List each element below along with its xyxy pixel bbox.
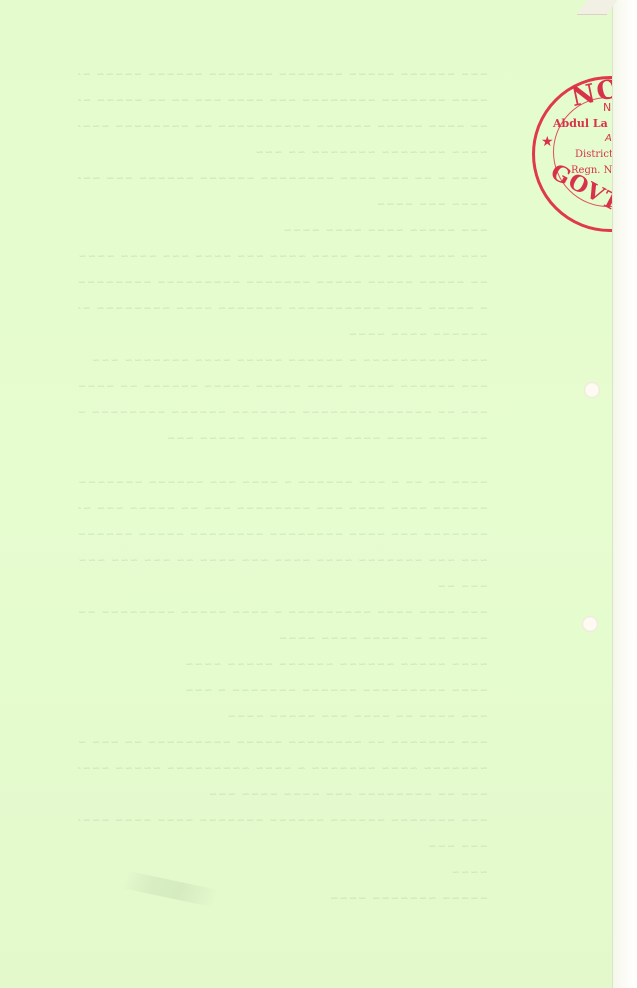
bleed-line: ~~~ ~~ ~~~~~~~~ ~~~ ~~~~ ~~~~ ~~~ — [78, 782, 488, 808]
document-page: ~~~ ~~~~~~ ~~~~~ ~~~~~~~ ~~~~~~~ ~~~~~~ … — [0, 0, 612, 988]
bleed-line: ~~ ~~~~~ ~~~~~ ~~~~~ ~~~~~~~ ~~~~~~~~~ ~… — [78, 270, 488, 296]
bleed-line: ~~~~~~~ ~~~~ ~~~~~~~ ~ ~~~~ ~~~~~~~~~ ~~… — [78, 756, 488, 782]
bleed-line: ~~~~ ~~~~~~~ ~~~~~~~ ~~ ~~~ — [78, 140, 488, 166]
bleed-line: ~~~ ~~~ ~~~~~~~ ~~~~ ~~~~ ~~~ ~~~~ ~~ ~~… — [78, 548, 488, 574]
bleed-line — [78, 452, 488, 470]
bleed-line: ~~~~~~ ~~~~ ~~~~ — [78, 322, 488, 348]
bleed-line: ~~~ ~~~~~~~~~~ ~ ~~~~~~ ~~~~~ ~~~~ ~~~~~… — [78, 348, 488, 374]
bleed-line: ~~~~ ~~ ~~ ~ ~~~ ~~~~~~ ~ ~~~~ ~~~ ~~~~~… — [78, 470, 488, 496]
bleed-line: ~~~~~~~ ~~~ ~~~~ ~~~~~~~~ ~~~~~~~~ ~~~~~… — [78, 522, 488, 548]
bleed-line: ~~~~ ~~ ~~~~ ~~~~ ~~~~ ~~~~~ ~~~~~ ~~~ — [78, 426, 488, 452]
bleed-line: ~~~~ ~~~~~ ~~~~~~ ~~~~~~ ~~~~~ ~~~~ — [78, 652, 488, 678]
bleed-line: ~~~~ ~~~~~~~~~ ~~~~~~ ~~~~~~~ ~ ~~~ — [78, 678, 488, 704]
scanner-edge-strip — [612, 0, 637, 988]
bleed-line: ~~~~ ~~ ~ ~~~~~ ~~~~ ~~~~ — [78, 626, 488, 652]
bleed-line: ~~~ ~~~~~ ~~~~ ~~~~ ~~~~ — [78, 218, 488, 244]
bleed-line: ~~~ ~~ — [78, 574, 488, 600]
bleed-line: ~~~ ~~~~~~ ~~~~~ ~~~~ ~~~~~ ~~~~~ ~~~~~~… — [78, 374, 488, 400]
bleed-line: ~~~ ~~ ~~~~~~~~~~~~~~ ~~~~~~~ ~~~~~~ ~~~… — [78, 400, 488, 426]
bleed-line: ~~~~ ~~~ ~~~~ — [78, 192, 488, 218]
bleed-line: ~~~~ ~~~~~~~ ~~~~~~~~ ~~~ ~~~~ ~~~ ~~ ~~… — [78, 88, 488, 114]
bleed-line: ~~~ ~~~~ ~~ ~~~~ ~~~ ~~~~~ ~~~~ — [78, 704, 488, 730]
bleed-line: ~~~~ ~ ~~ ~~~ ~~~~ ~~~~~~~~ ~~~~~~ ~~~~~… — [78, 166, 488, 192]
bleed-line: ~~~ ~~~~~~~ ~~ ~~~~~~~~ ~~~~~ ~~~~~~~~~ … — [78, 730, 488, 756]
bleed-line: ~~~~~~ ~~~~ ~~~~ ~~~ ~~~~~~~~ ~~~ ~~ ~~~… — [78, 496, 488, 522]
bleed-line: ~~~ ~~~ — [78, 834, 488, 860]
punch-hole — [584, 382, 600, 398]
bleed-line: ~~~ ~~~~~~ ~~~~~ ~~~~~~~ ~~~~~~~ ~~~~~~ … — [78, 62, 488, 88]
bleed-line: ~ ~~~~~ ~~~~ ~~~~~~~~~~ ~~~~~~~ ~~~~ ~~~… — [78, 296, 488, 322]
bleed-line: ~~~ ~~~~ ~~~~ ~~~~~~~~~ ~ ~~~~ ~~~~~ ~~~… — [78, 600, 488, 626]
bleed-line: ~~~ ~~~~ ~~~ ~~~ ~~~~ ~~~~ ~~~ ~~~~ ~~~ … — [78, 244, 488, 270]
bleed-through-text: ~~~ ~~~~~~ ~~~~~ ~~~~~~~ ~~~~~~~ ~~~~~~ … — [78, 62, 488, 912]
bleed-line: ~~ ~~~~ ~~~~~ ~~~~~~ ~~~~~~~~~~ ~~ ~~~~~… — [78, 114, 488, 140]
punch-hole — [582, 616, 598, 632]
bleed-line: ~~~ ~~~~~~~ ~~~~~~ ~~~~~~ ~~~~~~~ ~~~~ ~… — [78, 808, 488, 834]
